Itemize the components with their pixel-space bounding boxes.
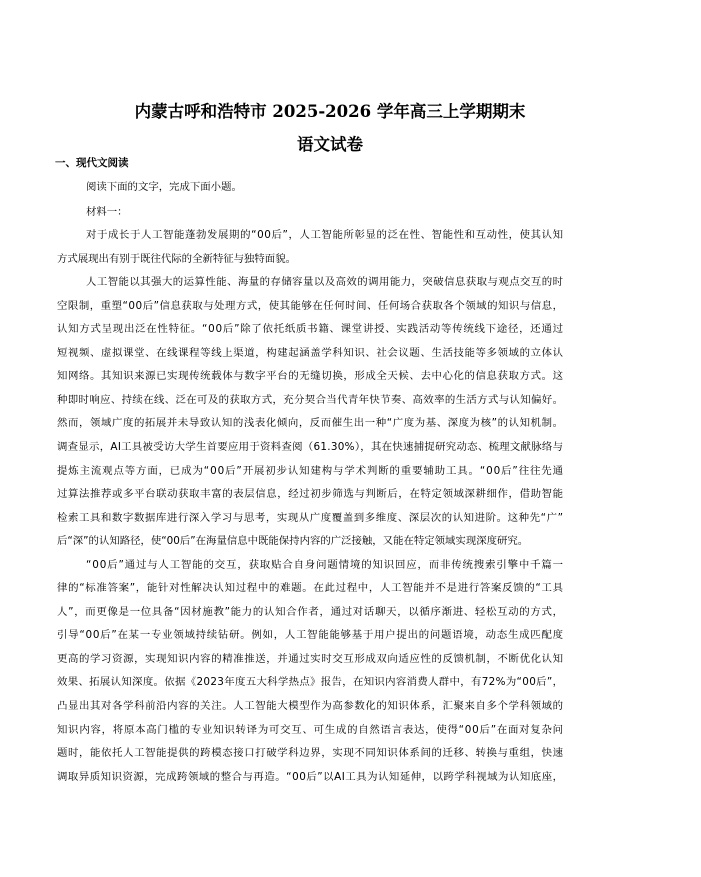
article-line: 律的“标准答案”，能针对性解决认知过程中的难题。在此过程中，人工智能并不是进行答… xyxy=(57,579,564,594)
article-line: 知网络。其知识来源已实现传统载体与数字平台的无缝切换，形成全天候、去中心化的信息… xyxy=(57,367,564,382)
article-line: 题时，能依托人工智能提供的跨模态接口打破学科边界，实现不同知识体系间的迁移、转换… xyxy=(57,744,564,759)
section-heading: 一、现代文阅读 xyxy=(55,155,129,170)
exam-subject-title: 语文试卷 xyxy=(20,131,640,155)
article-line: 空限制，重塑“00后”信息获取与处理方式，使其能够在任何时间、任何场合获取各个领… xyxy=(57,297,564,312)
document-page: 内蒙古呼和浩特市 2025-2026 学年高三上学期期末 语文试卷 一、现代文阅… xyxy=(0,0,701,877)
article-line: 方式展现出有别于既往代际的全新特征与独特面貌。 xyxy=(57,250,296,265)
material-label: 材料一： xyxy=(86,203,128,218)
article-line: 认知方式呈现出泛在性特征。“00后”除了依托纸质书籍、课堂讲授、实践活动等传统线… xyxy=(57,320,564,335)
article-line: “00后”通过与人工智能的交互，获取贴合自身问题情境的知识回应，而非传统搜索引擎… xyxy=(86,556,564,571)
article-line: 调查显示，AI工具被受访大学生首要应用于资料查阅（61.30%），其在快速捕捉研… xyxy=(57,438,563,453)
article-line: 短视频、虚拟课堂、在线课程等线上渠道，构建起涵盖学科知识、社会议题、生活技能等多… xyxy=(57,344,564,359)
article-line: 提炼主流观点等方面，已成为“00后”开展初步认知建构与学术判断的重要辅助工具。“… xyxy=(57,462,564,477)
article-line: 过算法推荐或多平台联动获取丰富的表层信息，经过初步筛选与判断后，在特定领域深耕细… xyxy=(57,485,564,500)
article-line: 凸显出其对各学科前沿内容的关注。人工智能大模型作为高参数化的知识体系，汇聚来自多… xyxy=(57,697,564,712)
article-line: 调取异质知识资源，完成跨领域的整合与再造。“00后”以AI工具为认知延伸，以跨学… xyxy=(57,768,564,783)
article-line: 知识内容，将原本高门槛的专业知识转译为可交互、可生成的自然语言表达，使得“00后… xyxy=(57,721,564,736)
article-line: 然而，领域广度的拓展并未导致认知的浅表化倾向，反而催生出一种“广度为基、深度为核… xyxy=(57,414,564,429)
article-line: 人工智能以其强大的运算性能、海量的存储容量以及高效的调用能力，突破信息获取与观点… xyxy=(86,273,563,288)
article-line: 更高的学习资源，实现知识内容的精准推送，并通过实时交互形成双向适应性的反馈机制，… xyxy=(57,650,564,665)
exam-title: 内蒙古呼和浩特市 2025-2026 学年高三上学期期末 xyxy=(20,98,640,122)
article-line: 人”，而更像是一位具备“因材施教”能力的认知合作者，通过对话聊天，以循序渐进、轻… xyxy=(57,603,564,618)
article-line: 种即时响应、持续在线、泛在可及的获取方式，充分契合当代青年快节奏、高效率的生活方… xyxy=(57,391,563,406)
article-line: 引导“00后”在某一专业领域持续钻研。例如，人工智能能够基于用户提出的问题语境，… xyxy=(57,626,564,641)
article-line: 检索工具和数字数据库进行深入学习与思考，实现从广度覆盖到多维度、深层次的认知进阶… xyxy=(57,509,564,524)
instruction-text: 阅读下面的文字，完成下面小题。 xyxy=(86,178,242,193)
article-line: 效果、拓展认知深度。依据《2023年度五大科学热点》报告，在知识内容消费人群中，… xyxy=(57,673,563,688)
article-line: 对于成长于人工智能蓬勃发展期的“00后”，人工智能所彰显的泛在性、智能性和互动性… xyxy=(86,226,564,241)
article-line: 后“深”的认知路径，使“00后”在海量信息中既能保持内容的广泛接触，又能在特定领… xyxy=(57,532,528,547)
